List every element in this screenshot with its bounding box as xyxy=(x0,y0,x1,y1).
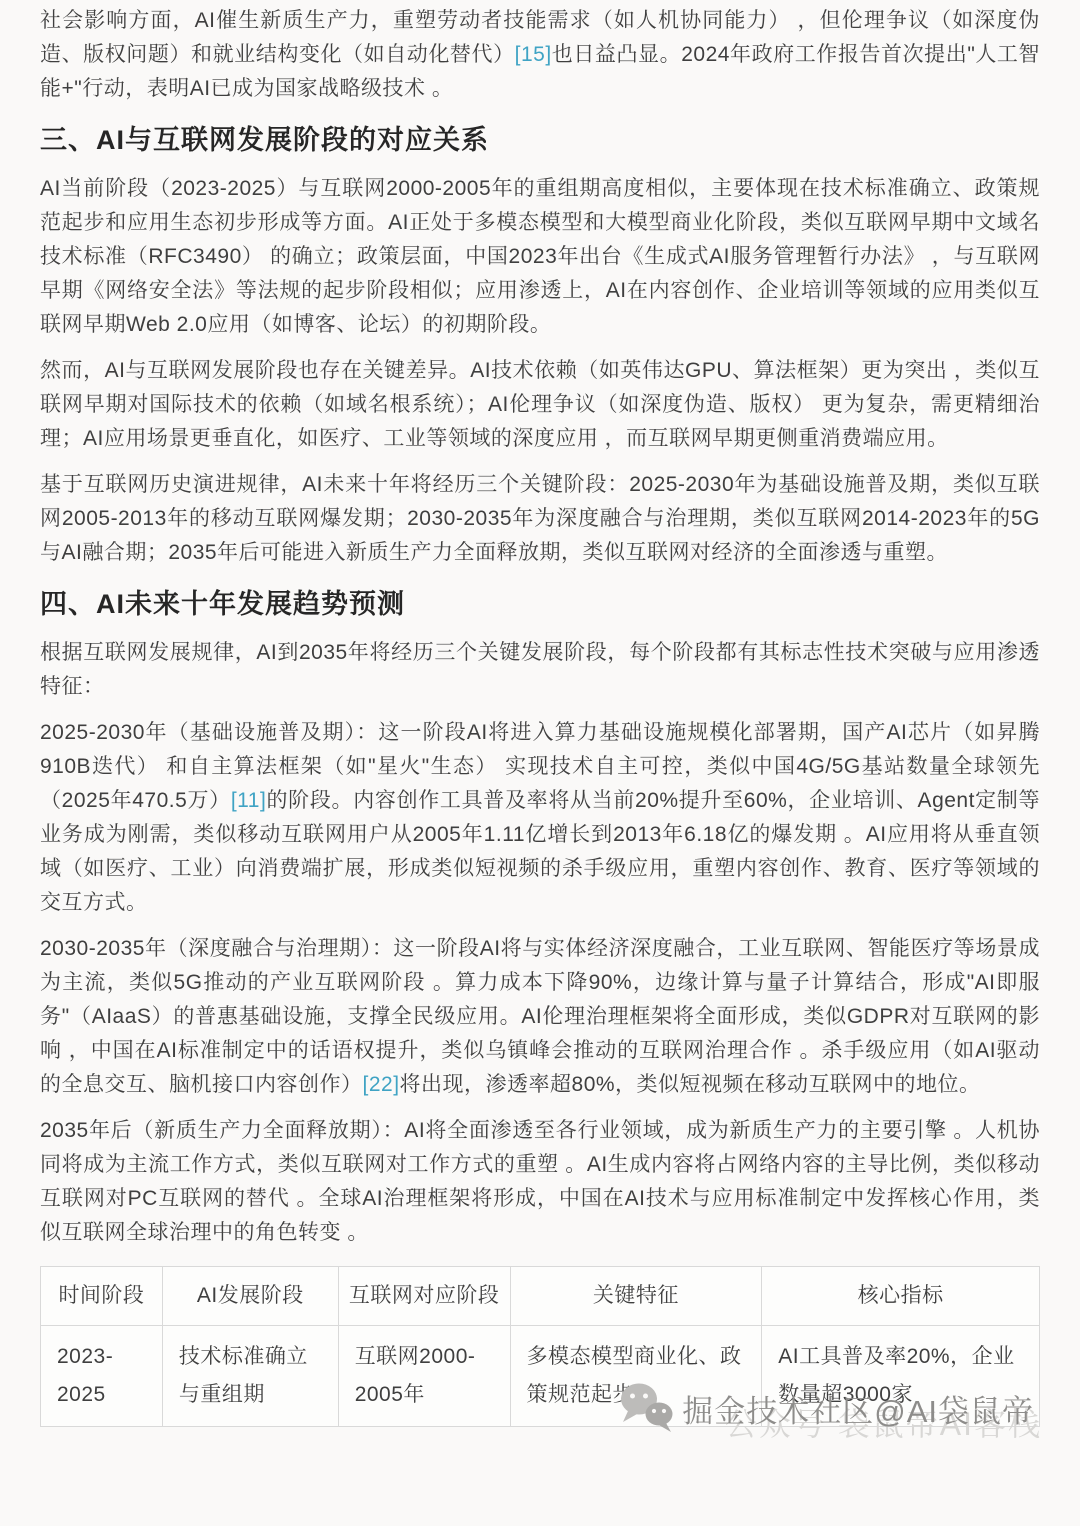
paragraph-stage-after-2035: 2035年后（新质生产力全面释放期）：AI将全面渗透至各行业领域，成为新质生产力… xyxy=(40,1114,1040,1250)
paragraph-stage-2030-2035: 2030-2035年（深度融合与治理期）：这一阶段AI将与实体经济深度融合，工业… xyxy=(40,932,1040,1102)
paragraph-current-stage: AI当前阶段（2023-2025）与互联网2000-2005年的重组期高度相似，… xyxy=(40,172,1040,342)
paragraph-stage-2025-2030: 2025-2030年（基础设施普及期）：这一阶段AI将进入算力基础设施规模化部署… xyxy=(40,716,1040,920)
citation-link-11[interactable]: [11] xyxy=(231,789,266,812)
paragraph-text: 将出现，渗透率超80%，类似短视频在移动互联网中的地位。 xyxy=(400,1073,981,1096)
paragraph-three-stages: 基于互联网历史演进规律，AI未来十年将经历三个关键阶段：2025-2030年为基… xyxy=(40,468,1040,570)
paragraph-social-impact: 社会影响方面，AI催生新质生产力，重塑劳动者技能需求（如人机协同能力） ，但伦理… xyxy=(40,4,1040,106)
section-heading-4: 四、AI未来十年发展趋势预测 xyxy=(40,584,1040,624)
citation-link-22[interactable]: [22] xyxy=(363,1073,400,1096)
section-heading-3: 三、AI与互联网发展阶段的对应关系 xyxy=(40,120,1040,160)
table-header-ai-stage: AI发展阶段 xyxy=(162,1267,338,1326)
table-header-internet-stage: 互联网对应阶段 xyxy=(338,1267,510,1326)
article-page: 社会影响方面，AI催生新质生产力，重塑劳动者技能需求（如人机协同能力） ，但伦理… xyxy=(0,0,1080,1441)
table-cell-time: 2023-2025 xyxy=(41,1326,163,1427)
table-cell-internet-stage: 互联网2000-2005年 xyxy=(338,1326,510,1427)
table-cell-ai-stage: 技术标准确立与重组期 xyxy=(162,1326,338,1427)
table-header-core-metrics: 核心指标 xyxy=(762,1267,1040,1326)
table-cell-core-metrics: AI工具普及率20%，企业数量超3000家 xyxy=(762,1326,1040,1427)
paragraph-trend-intro: 根据互联网发展规律，AI到2035年将经历三个关键发展阶段，每个阶段都有其标志性… xyxy=(40,636,1040,704)
citation-link-15[interactable]: [15] xyxy=(515,43,552,66)
paragraph-key-differences: 然而，AI与互联网发展阶段也存在关键差异。AI技术依赖（如英伟达GPU、算法框架… xyxy=(40,354,1040,456)
table-header-key-features: 关键特征 xyxy=(510,1267,762,1326)
table-header-time-stage: 时间阶段 xyxy=(41,1267,163,1326)
table-row: 2023-2025 技术标准确立与重组期 互联网2000-2005年 多模态模型… xyxy=(41,1326,1040,1427)
table-header-row: 时间阶段 AI发展阶段 互联网对应阶段 关键特征 核心指标 xyxy=(41,1267,1040,1326)
table-cell-key-features: 多模态模型商业化、政策规范起步 xyxy=(510,1326,762,1427)
comparison-table: 时间阶段 AI发展阶段 互联网对应阶段 关键特征 核心指标 2023-2025 … xyxy=(40,1266,1040,1427)
